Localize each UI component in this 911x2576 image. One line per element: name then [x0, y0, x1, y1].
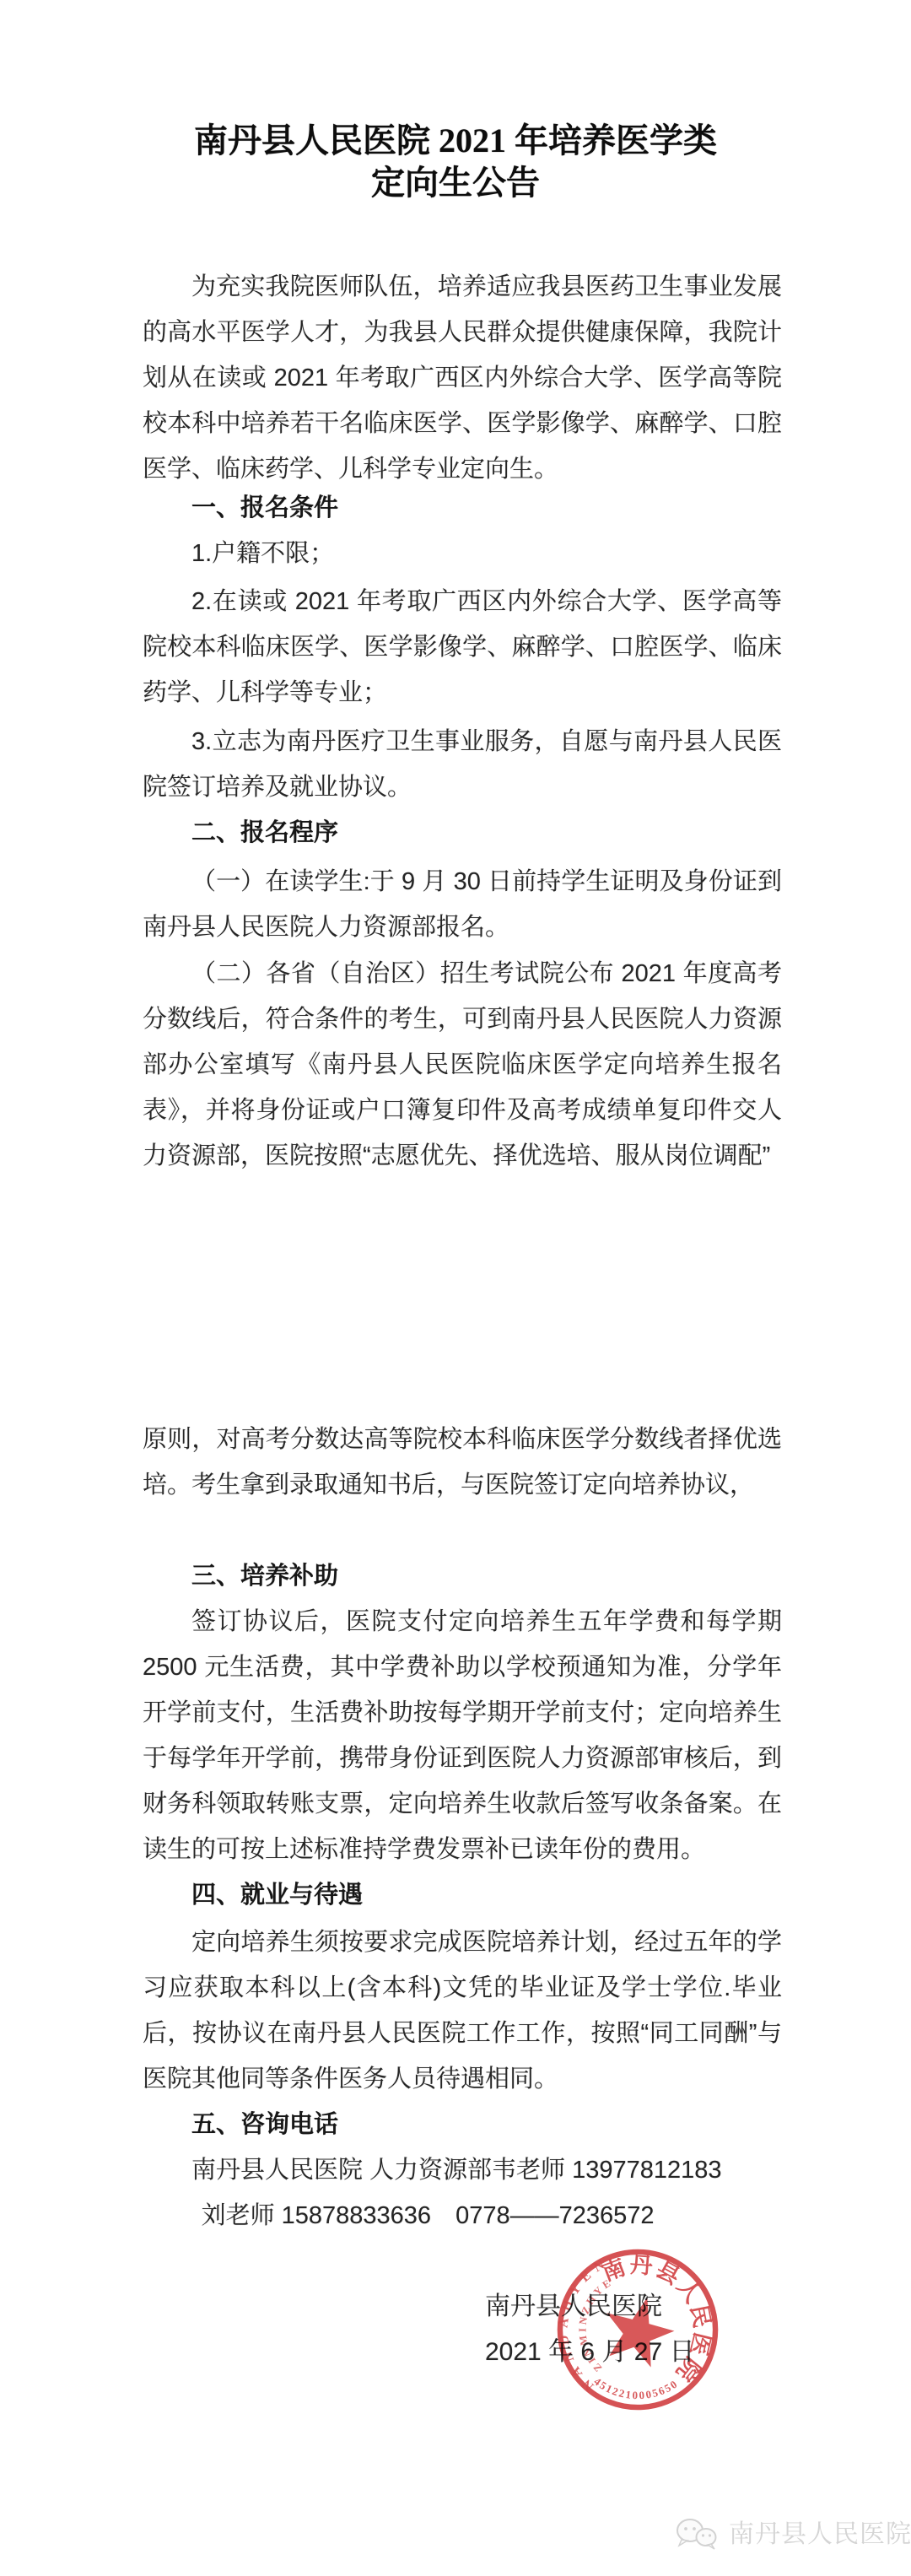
section-1-item-2: 2.在读或 2021 年考取广西区内外综合大学、医学高等院校本科临床医学、医学影…	[143, 579, 782, 716]
official-seal: 南丹县人民医院 NANDAHYEN ZINMINZHYEN 4512210005…	[554, 2246, 721, 2413]
contact-line-1: 南丹县人民医院 人力资源部韦老师 13977812183	[143, 2147, 782, 2193]
section-3-heading: 三、培养补助	[143, 1553, 782, 1599]
section-2-paragraph-1: （一）在读学生:于 9 月 30 日前持学生证明及身份证到南丹县人民医院人力资源…	[143, 859, 782, 950]
section-2-paragraph-2-continuation: 原则，对高考分数达高等院校本科临床医学分数线者择优选培。考生拿到录取通知书后，与…	[143, 1417, 782, 1508]
section-4-heading: 四、就业与待遇	[143, 1872, 782, 1918]
section-1-item-3: 3.立志为南丹医疗卫生事业服务，自愿与南丹县人民医院签订培养及就业协议。	[143, 719, 782, 810]
section-3-paragraph-1: 签订协议后，医院支付定向培养生五年学费和每学期 2500 元生活费，其中学费补助…	[143, 1599, 782, 1872]
footer-watermark: 南丹县人民医院	[673, 2518, 911, 2552]
section-1-heading: 一、报名条件	[143, 485, 782, 531]
page-title: 南丹县人民医院 2021 年培养医学类 定向生公告	[0, 120, 911, 204]
section-4-paragraph-1: 定向培养生须按要求完成医院培养计划，经过五年的学习应获取本科以上(含本科)文凭的…	[143, 1920, 782, 2102]
page-title-line2: 定向生公告	[0, 162, 911, 204]
section-5-heading: 五、咨询电话	[143, 2102, 782, 2147]
section-2-heading: 二、报名程序	[143, 810, 782, 856]
seal-star-icon	[606, 2298, 674, 2368]
page-title-line1: 南丹县人民医院 2021 年培养医学类	[0, 120, 911, 162]
section-2-paragraph-2: （二）各省（自治区）招生考试院公布 2021 年度高考分数线后，符合条件的考生，…	[143, 951, 782, 1179]
wechat-icon	[673, 2518, 722, 2552]
scanned-announcement-page: 南丹县人民医院 2021 年培养医学类 定向生公告 为充实我院医师队伍，培养适应…	[0, 0, 911, 2576]
section-1-item-1: 1.户籍不限；	[143, 531, 782, 576]
intro-paragraph: 为充实我院医师队伍，培养适应我县医药卫生事业发展的高水平医学人才，为我县人民群众…	[143, 264, 782, 492]
contact-line-2: 刘老师 15878833636 0778——7236572	[143, 2193, 782, 2238]
watermark-text: 南丹县人民医院	[729, 2519, 911, 2551]
